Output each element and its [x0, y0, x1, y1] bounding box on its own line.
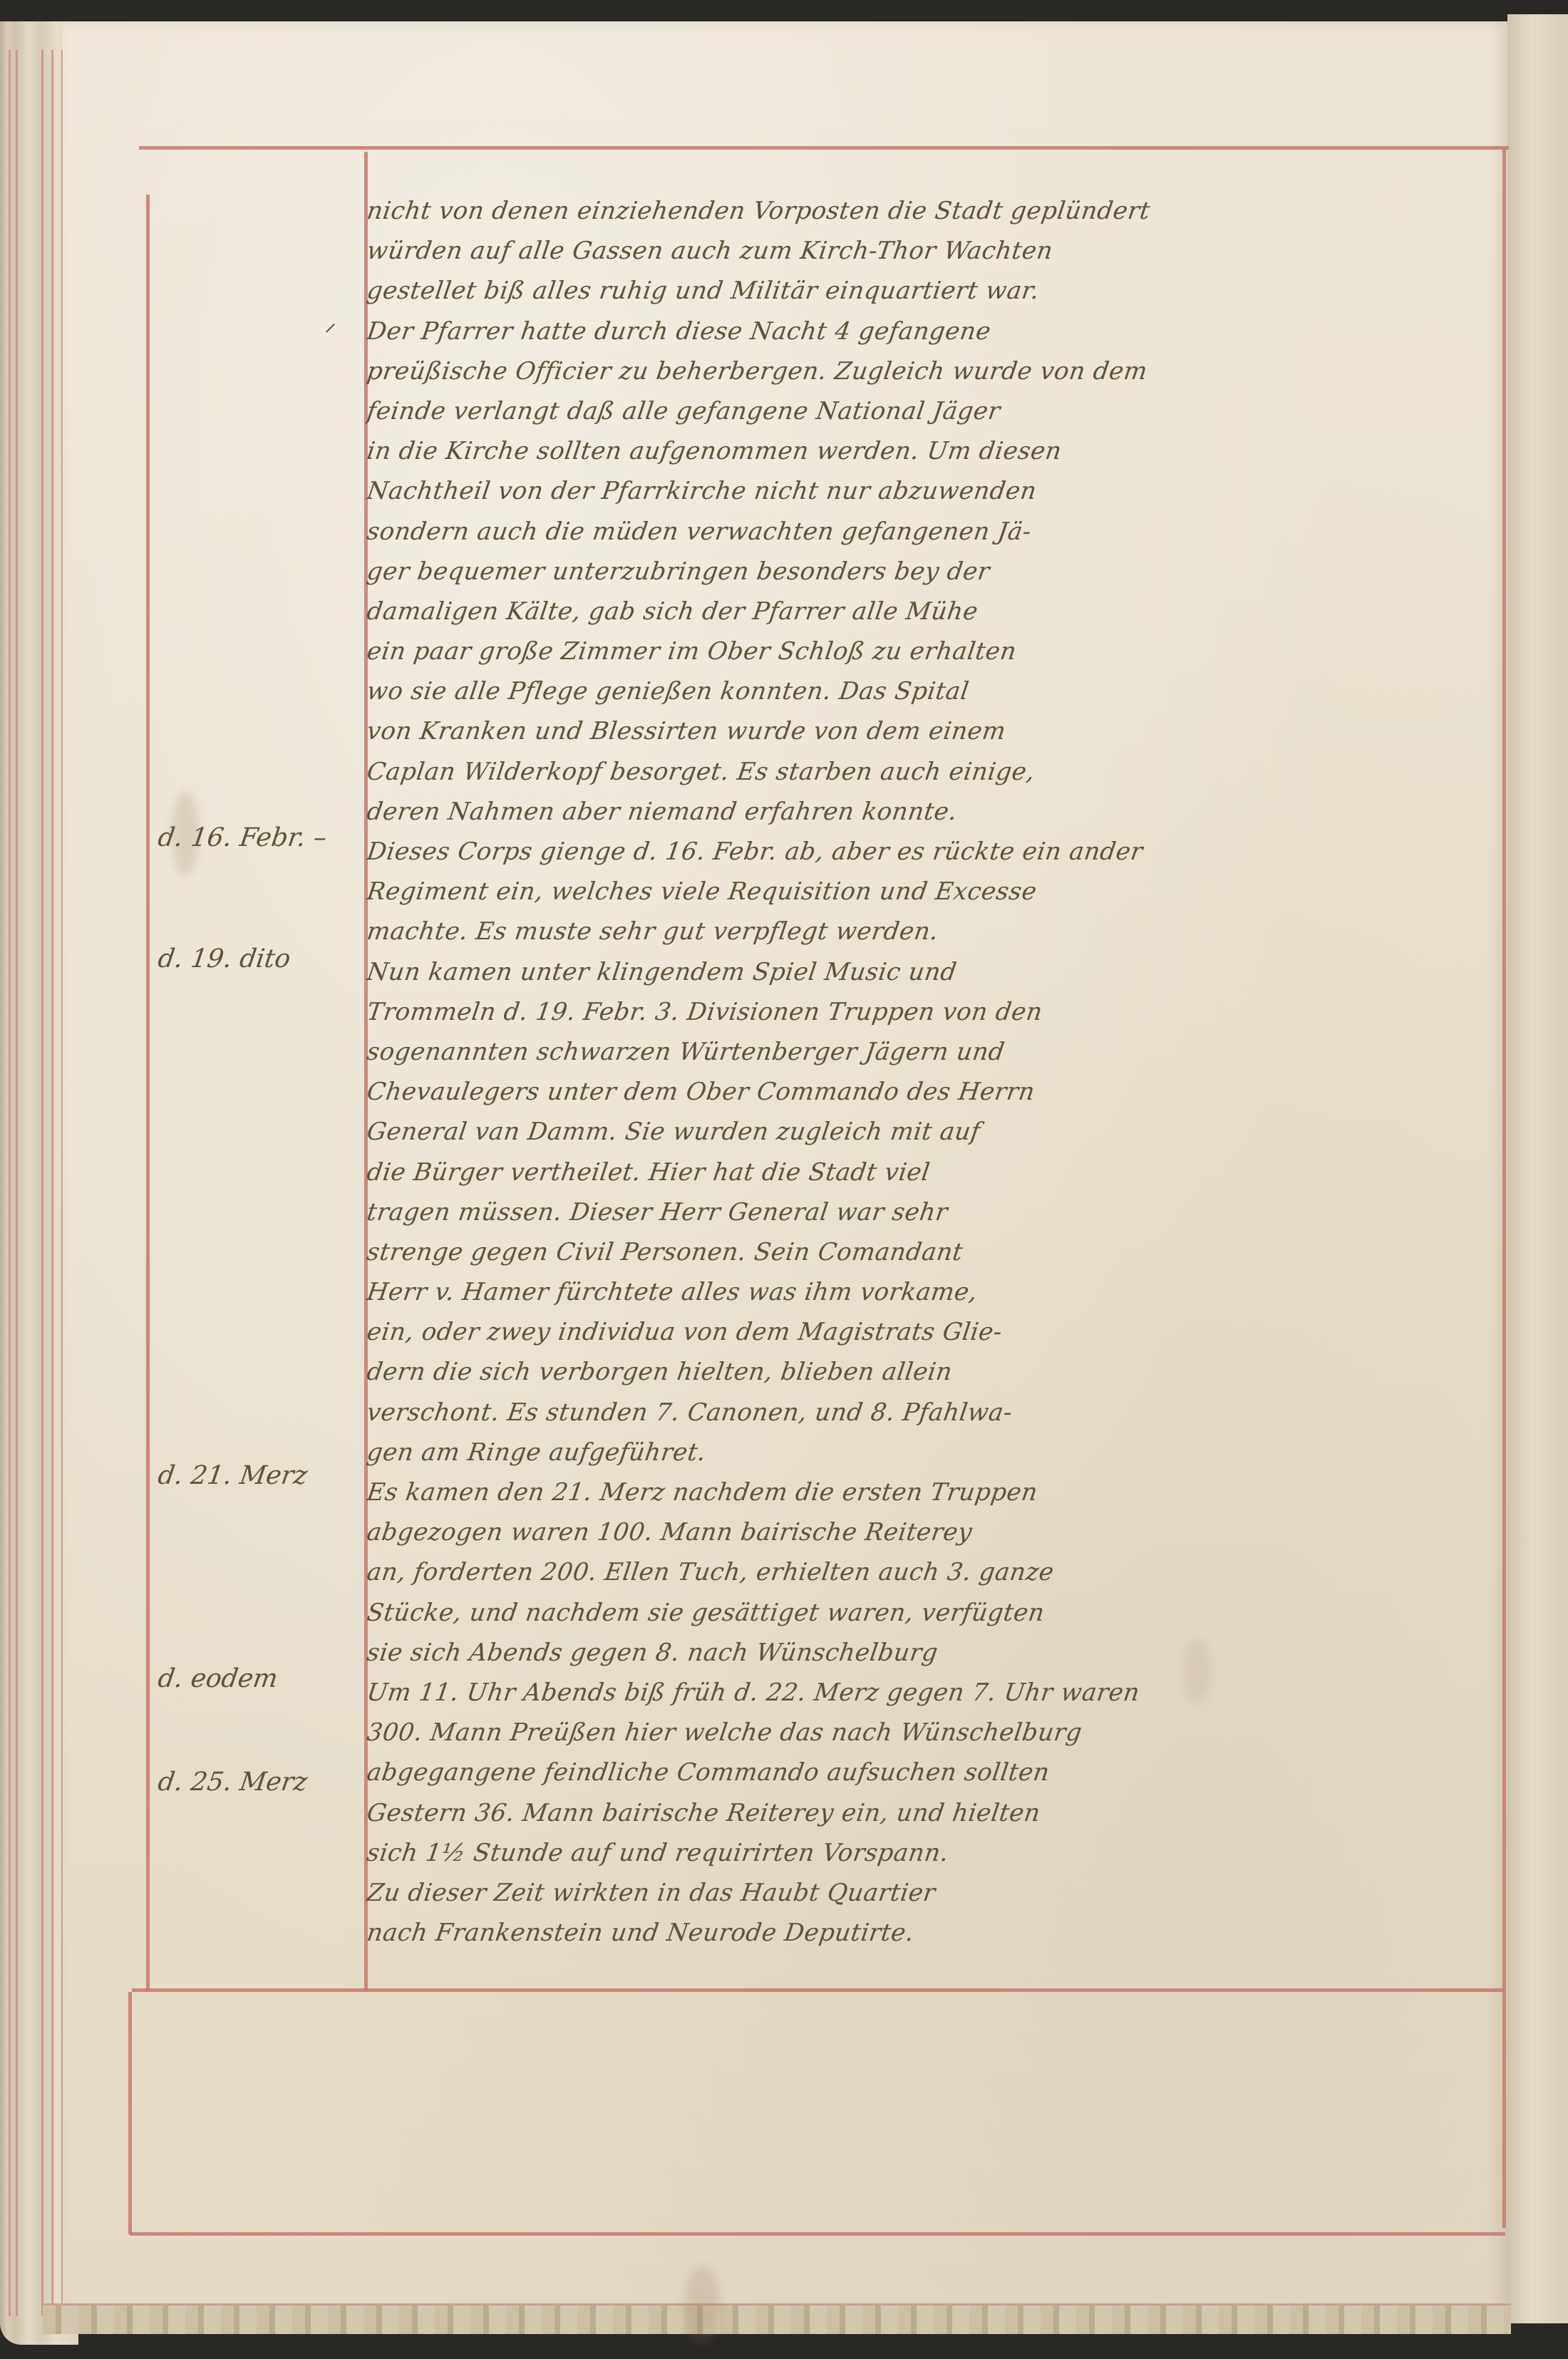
paper-stain: [684, 2266, 720, 2345]
margin-date-note: d. 25. Merz: [156, 1767, 309, 1797]
text-line: Chevaulegers unter dem Ober Commando des…: [364, 1072, 1482, 1112]
text-line: Dieses Corps gienge d. 16. Febr. ab, abe…: [364, 832, 1482, 872]
text-line: General van Damm. Sie wurden zugleich mi…: [364, 1112, 1482, 1152]
text-line: die Bürger vertheilet. Hier hat die Stad…: [364, 1152, 1482, 1192]
text-line: Caplan Wilderkopf besorget. Es starben a…: [364, 752, 1482, 792]
text-line: gen am Ringe aufgeführet.: [364, 1433, 1482, 1472]
top-ruling: [139, 146, 1509, 150]
text-line: dern die sich verborgen hielten, blieben…: [364, 1352, 1482, 1392]
text-line: Trommeln d. 19. Febr. 3. Divisionen Trup…: [364, 992, 1482, 1032]
next-page-edge: [1507, 14, 1568, 2323]
text-line: Nachtheil von der Pfarrkirche nicht nur …: [364, 471, 1482, 511]
margin-date-note: d. eodem: [156, 1664, 279, 1693]
text-line: Der Pfarrer hatte durch diese Nacht 4 ge…: [364, 311, 1482, 351]
text-line: Zu dieser Zeit wirkten in das Haubt Quar…: [364, 1873, 1482, 1913]
text-line: 300. Mann Preüßen hier welche das nach W…: [364, 1713, 1482, 1753]
text-line: Gestern 36. Mann bairische Reiterey ein,…: [364, 1793, 1482, 1833]
text-line: ein, oder zwey individua von dem Magistr…: [364, 1312, 1482, 1352]
text-line: abgezogen waren 100. Mann bairische Reit…: [364, 1512, 1482, 1552]
text-line: tragen müssen. Dieser Herr General war s…: [364, 1192, 1482, 1232]
text-line: Herr v. Hamer fürchtete alles was ihm vo…: [364, 1272, 1482, 1312]
text-line: sie sich Abends gegen 8. nach Wünschelbu…: [364, 1633, 1482, 1673]
text-line: in die Kirche sollten aufgenommen werden…: [364, 431, 1482, 471]
text-line: machte. Es muste sehr gut verpflegt werd…: [364, 912, 1482, 951]
stack-ruling: [41, 50, 43, 2316]
text-line: sogenannten schwarzen Würtenberger Jäger…: [364, 1032, 1482, 1072]
text-line: preüßische Officier zu beherbergen. Zugl…: [364, 351, 1482, 391]
text-line: deren Nahmen aber niemand erfahren konnt…: [364, 792, 1482, 832]
main-text-column: nicht von denen einziehenden Vorposten d…: [367, 191, 1479, 1953]
text-line: abgegangene feindliche Commando aufsuche…: [364, 1753, 1482, 1792]
margin-tick-mark: ⸝: [324, 305, 336, 338]
text-line: ein paar große Zimmer im Ober Schloß zu …: [364, 631, 1482, 671]
text-line: feinde verlangt daß alle gefangene Natio…: [364, 391, 1482, 431]
margin-date-note: d. 21. Merz: [156, 1461, 309, 1490]
text-line: würden auf alle Gassen auch zum Kirch-Th…: [364, 231, 1482, 271]
text-line: von Kranken und Blessirten wurde von dem…: [364, 711, 1482, 751]
text-line: nicht von denen einziehenden Vorposten d…: [364, 191, 1482, 231]
stack-ruling: [51, 50, 53, 2316]
right-margin-ruling: [1502, 150, 1506, 2228]
left-margin-ruling: [146, 195, 150, 1991]
stack-ruling: [16, 50, 18, 2316]
text-line: Um 11. Uhr Abends biß früh d. 22. Merz g…: [364, 1673, 1482, 1713]
bottom-ruling: [130, 2232, 1505, 2236]
text-line: strenge gegen Civil Personen. Sein Coman…: [364, 1232, 1482, 1272]
text-line: ger bequemer unterzubringen besonders be…: [364, 552, 1482, 592]
text-line: Es kamen den 21. Merz nachdem die ersten…: [364, 1472, 1482, 1512]
text-line: an, forderten 200. Ellen Tuch, erhielten…: [364, 1552, 1482, 1592]
bottom-page-edges: [43, 2303, 1511, 2334]
text-line: damaligen Kälte, gab sich der Pfarrer al…: [364, 592, 1482, 631]
margin-date-note: d. 16. Febr. –: [156, 823, 329, 852]
text-line: sondern auch die müden verwachten gefang…: [364, 512, 1482, 552]
lower-empty-box: [132, 1992, 1504, 2232]
text-line: Stücke, und nachdem sie gesättiget waren…: [364, 1593, 1482, 1633]
text-line: nach Frankenstein und Neurode Deputirte.: [364, 1913, 1482, 1953]
text-line: Nun kamen unter klingendem Spiel Music u…: [364, 952, 1482, 992]
text-line: gestellet biß alles ruhig und Militär ei…: [364, 271, 1482, 311]
text-line: wo sie alle Pflege genießen konnten. Das…: [364, 671, 1482, 711]
margin-date-note: d. 19. dito: [156, 944, 292, 974]
text-line: Regiment ein, welches viele Requisition …: [364, 872, 1482, 912]
stack-ruling: [9, 50, 11, 2316]
text-line: sich 1½ Stunde auf und requirirten Vorsp…: [364, 1833, 1482, 1873]
text-line: verschont. Es stunden 7. Canonen, und 8.…: [364, 1393, 1482, 1433]
